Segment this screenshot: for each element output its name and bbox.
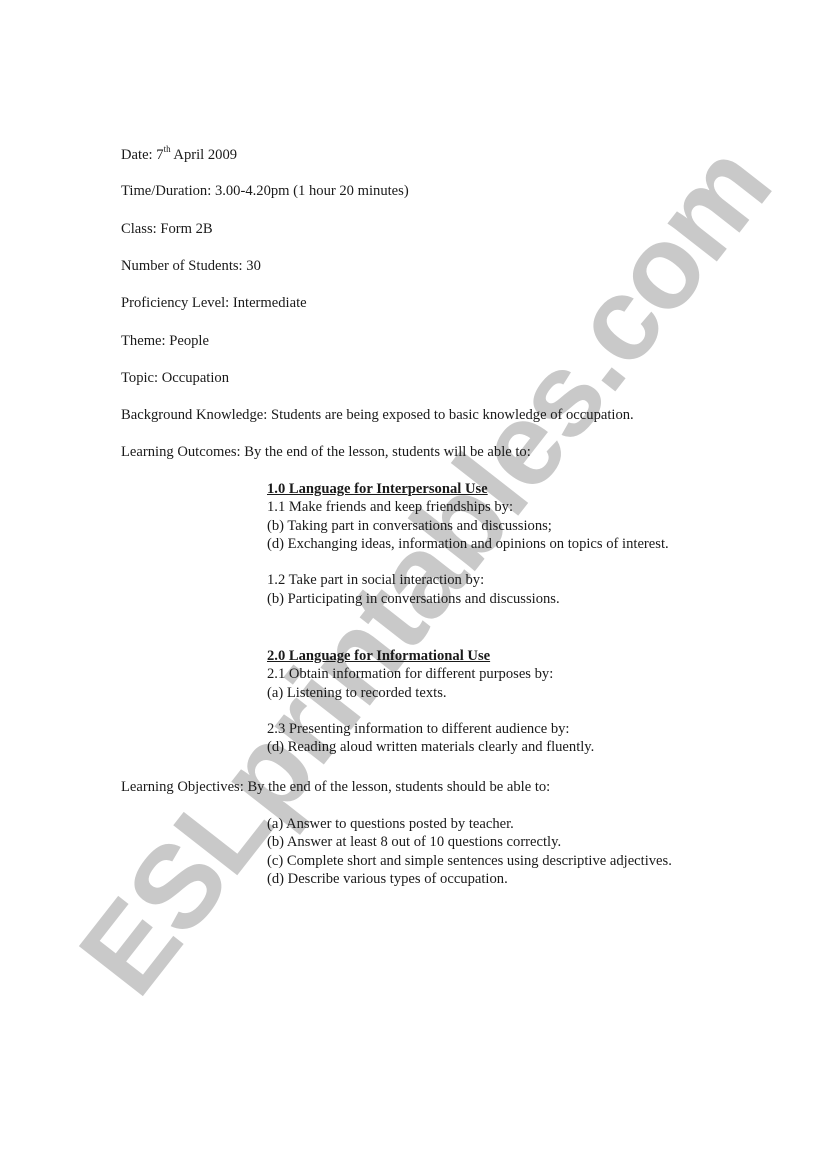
theme-field: Theme: People	[121, 332, 209, 350]
class-field: Class: Form 2B	[121, 220, 213, 238]
outcome-section-informational: 2.0 Language for Informational Use 2.1 O…	[267, 647, 687, 757]
outcome-item: 1.1 Make friends and keep friendships by…	[267, 498, 687, 516]
background-knowledge-field: Background Knowledge: Students are being…	[121, 406, 634, 424]
outcome-item: 2.1 Obtain information for different pur…	[267, 665, 687, 683]
learning-objectives-field: Learning Objectives: By the end of the l…	[121, 778, 550, 796]
outcome-section-interpersonal: 1.0 Language for Interpersonal Use 1.1 M…	[267, 480, 687, 608]
topic-field: Topic: Occupation	[121, 369, 229, 387]
learning-outcomes-field: Learning Outcomes: By the end of the les…	[121, 443, 531, 461]
date-field: Date: 7th April 2009	[121, 146, 237, 164]
section-heading: 1.0 Language for Interpersonal Use	[267, 480, 687, 498]
outcome-item: 1.2 Take part in social interaction by:	[267, 571, 687, 589]
outcome-item: 2.3 Presenting information to different …	[267, 720, 687, 738]
lesson-plan-page: Date: 7th April 2009 Time/Duration: 3.00…	[0, 0, 821, 1169]
outcome-item: (b) Participating in conversations and d…	[267, 590, 687, 608]
section-heading: 2.0 Language for Informational Use	[267, 647, 687, 665]
objective-item: (c) Complete short and simple sentences …	[267, 852, 687, 870]
outcome-item: (d) Exchanging ideas, information and op…	[267, 535, 687, 553]
outcome-item: (d) Reading aloud written materials clea…	[267, 738, 687, 756]
objective-item: (a) Answer to questions posted by teache…	[267, 815, 687, 833]
objective-item: (b) Answer at least 8 out of 10 question…	[267, 833, 687, 851]
objective-item: (d) Describe various types of occupation…	[267, 870, 687, 888]
outcome-item: (b) Taking part in conversations and dis…	[267, 517, 687, 535]
outcome-item: (a) Listening to recorded texts.	[267, 684, 687, 702]
proficiency-level-field: Proficiency Level: Intermediate	[121, 294, 307, 312]
number-of-students-field: Number of Students: 30	[121, 257, 261, 275]
time-duration-field: Time/Duration: 3.00-4.20pm (1 hour 20 mi…	[121, 182, 409, 200]
objectives-list: (a) Answer to questions posted by teache…	[267, 815, 687, 888]
